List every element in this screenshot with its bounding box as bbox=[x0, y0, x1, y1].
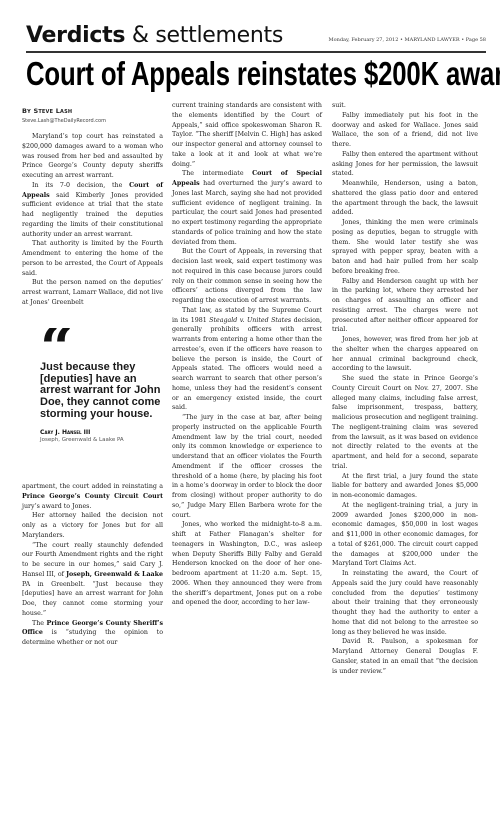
paragraph: Jones, however, was fired from her job a… bbox=[332, 335, 478, 374]
quote-mark-icon: “ bbox=[40, 328, 165, 360]
paragraph: current training standards are consisten… bbox=[172, 101, 322, 169]
article-headline: Court of Appeals reinstates $200K award bbox=[26, 55, 385, 93]
pull-quote-text: Just because they [deputies] have an arr… bbox=[40, 362, 165, 421]
author-email-link[interactable]: Steve.Lash@TheDailyRecord.com bbox=[22, 116, 163, 126]
paragraph: But the Court of Appeals, in reversing t… bbox=[172, 247, 322, 306]
dateline: Monday, February 27, 2012 • MARYLAND LAW… bbox=[328, 37, 486, 43]
paragraph: Falby then entered the apartment without… bbox=[332, 150, 478, 179]
article-column-3: suit. Falby immediately put his foot in … bbox=[332, 101, 478, 676]
article-column-1-bottom: apartment, the court added in reinstatin… bbox=[22, 482, 163, 648]
paragraph: She sued the state in Prince George’s Co… bbox=[332, 374, 478, 472]
pull-quote-name: Cary J. Hansel III bbox=[40, 429, 165, 436]
section-title-bold: Verdicts bbox=[26, 23, 125, 48]
pull-quote: “ Just because they [deputies] have an a… bbox=[40, 328, 165, 443]
paragraph: That law, as stated by the Supreme Court… bbox=[172, 306, 322, 413]
paragraph: Falby and Henderson caught up with her i… bbox=[332, 277, 478, 336]
article-column-1-top: By Steve Lash Steve.Lash@TheDailyRecord.… bbox=[22, 106, 163, 308]
paragraph: That authority is limited by the Fourth … bbox=[22, 239, 163, 278]
paragraph: In reinstating the award, the Court of A… bbox=[332, 569, 478, 637]
paragraph: Meanwhile, Henderson, using a baton, sha… bbox=[332, 179, 478, 218]
pull-quote-affiliation: Joseph, Greenwald & Laake PA bbox=[40, 437, 165, 443]
paragraph: The intermediate Court of Special Appeal… bbox=[172, 169, 322, 247]
paragraph: suit. bbox=[332, 101, 478, 111]
paragraph: apartment, the court added in reinstatin… bbox=[22, 482, 163, 511]
paragraph: Her attorney hailed the decision not onl… bbox=[22, 511, 163, 540]
section-title: Verdicts & settlements bbox=[26, 22, 283, 50]
paragraph: At the negligent-training trial, a jury … bbox=[332, 501, 478, 569]
paragraph: At the first trial, a jury found the sta… bbox=[332, 472, 478, 501]
article-column-2: current training standards are consisten… bbox=[172, 101, 322, 608]
section-header: Verdicts & settlements Monday, February … bbox=[26, 22, 486, 52]
byline: By Steve Lash bbox=[22, 106, 163, 116]
paragraph: Jones, who worked the midnight-to-8 a.m.… bbox=[172, 520, 322, 608]
section-title-light: & settlements bbox=[132, 23, 283, 48]
paragraph: The Prince George’s County Sheriff’s Off… bbox=[22, 619, 163, 648]
paragraph: David R. Paulson, a spokesman for Maryla… bbox=[332, 637, 478, 676]
paragraph: Falby immediately put his foot in the do… bbox=[332, 111, 478, 150]
paragraph: In its 7-0 decision, the Court of Appeal… bbox=[22, 181, 163, 240]
paragraph: “The court really staunchly defended our… bbox=[22, 541, 163, 619]
paragraph: Maryland’s top court has reinstated a $2… bbox=[22, 132, 163, 181]
header-rule-divider bbox=[26, 51, 486, 53]
paragraph: Jones, thinking the men were criminals p… bbox=[332, 218, 478, 277]
paragraph: “The jury in the case at bar, after bein… bbox=[172, 413, 322, 520]
paragraph: But the person named on the deputies’ ar… bbox=[22, 278, 163, 307]
